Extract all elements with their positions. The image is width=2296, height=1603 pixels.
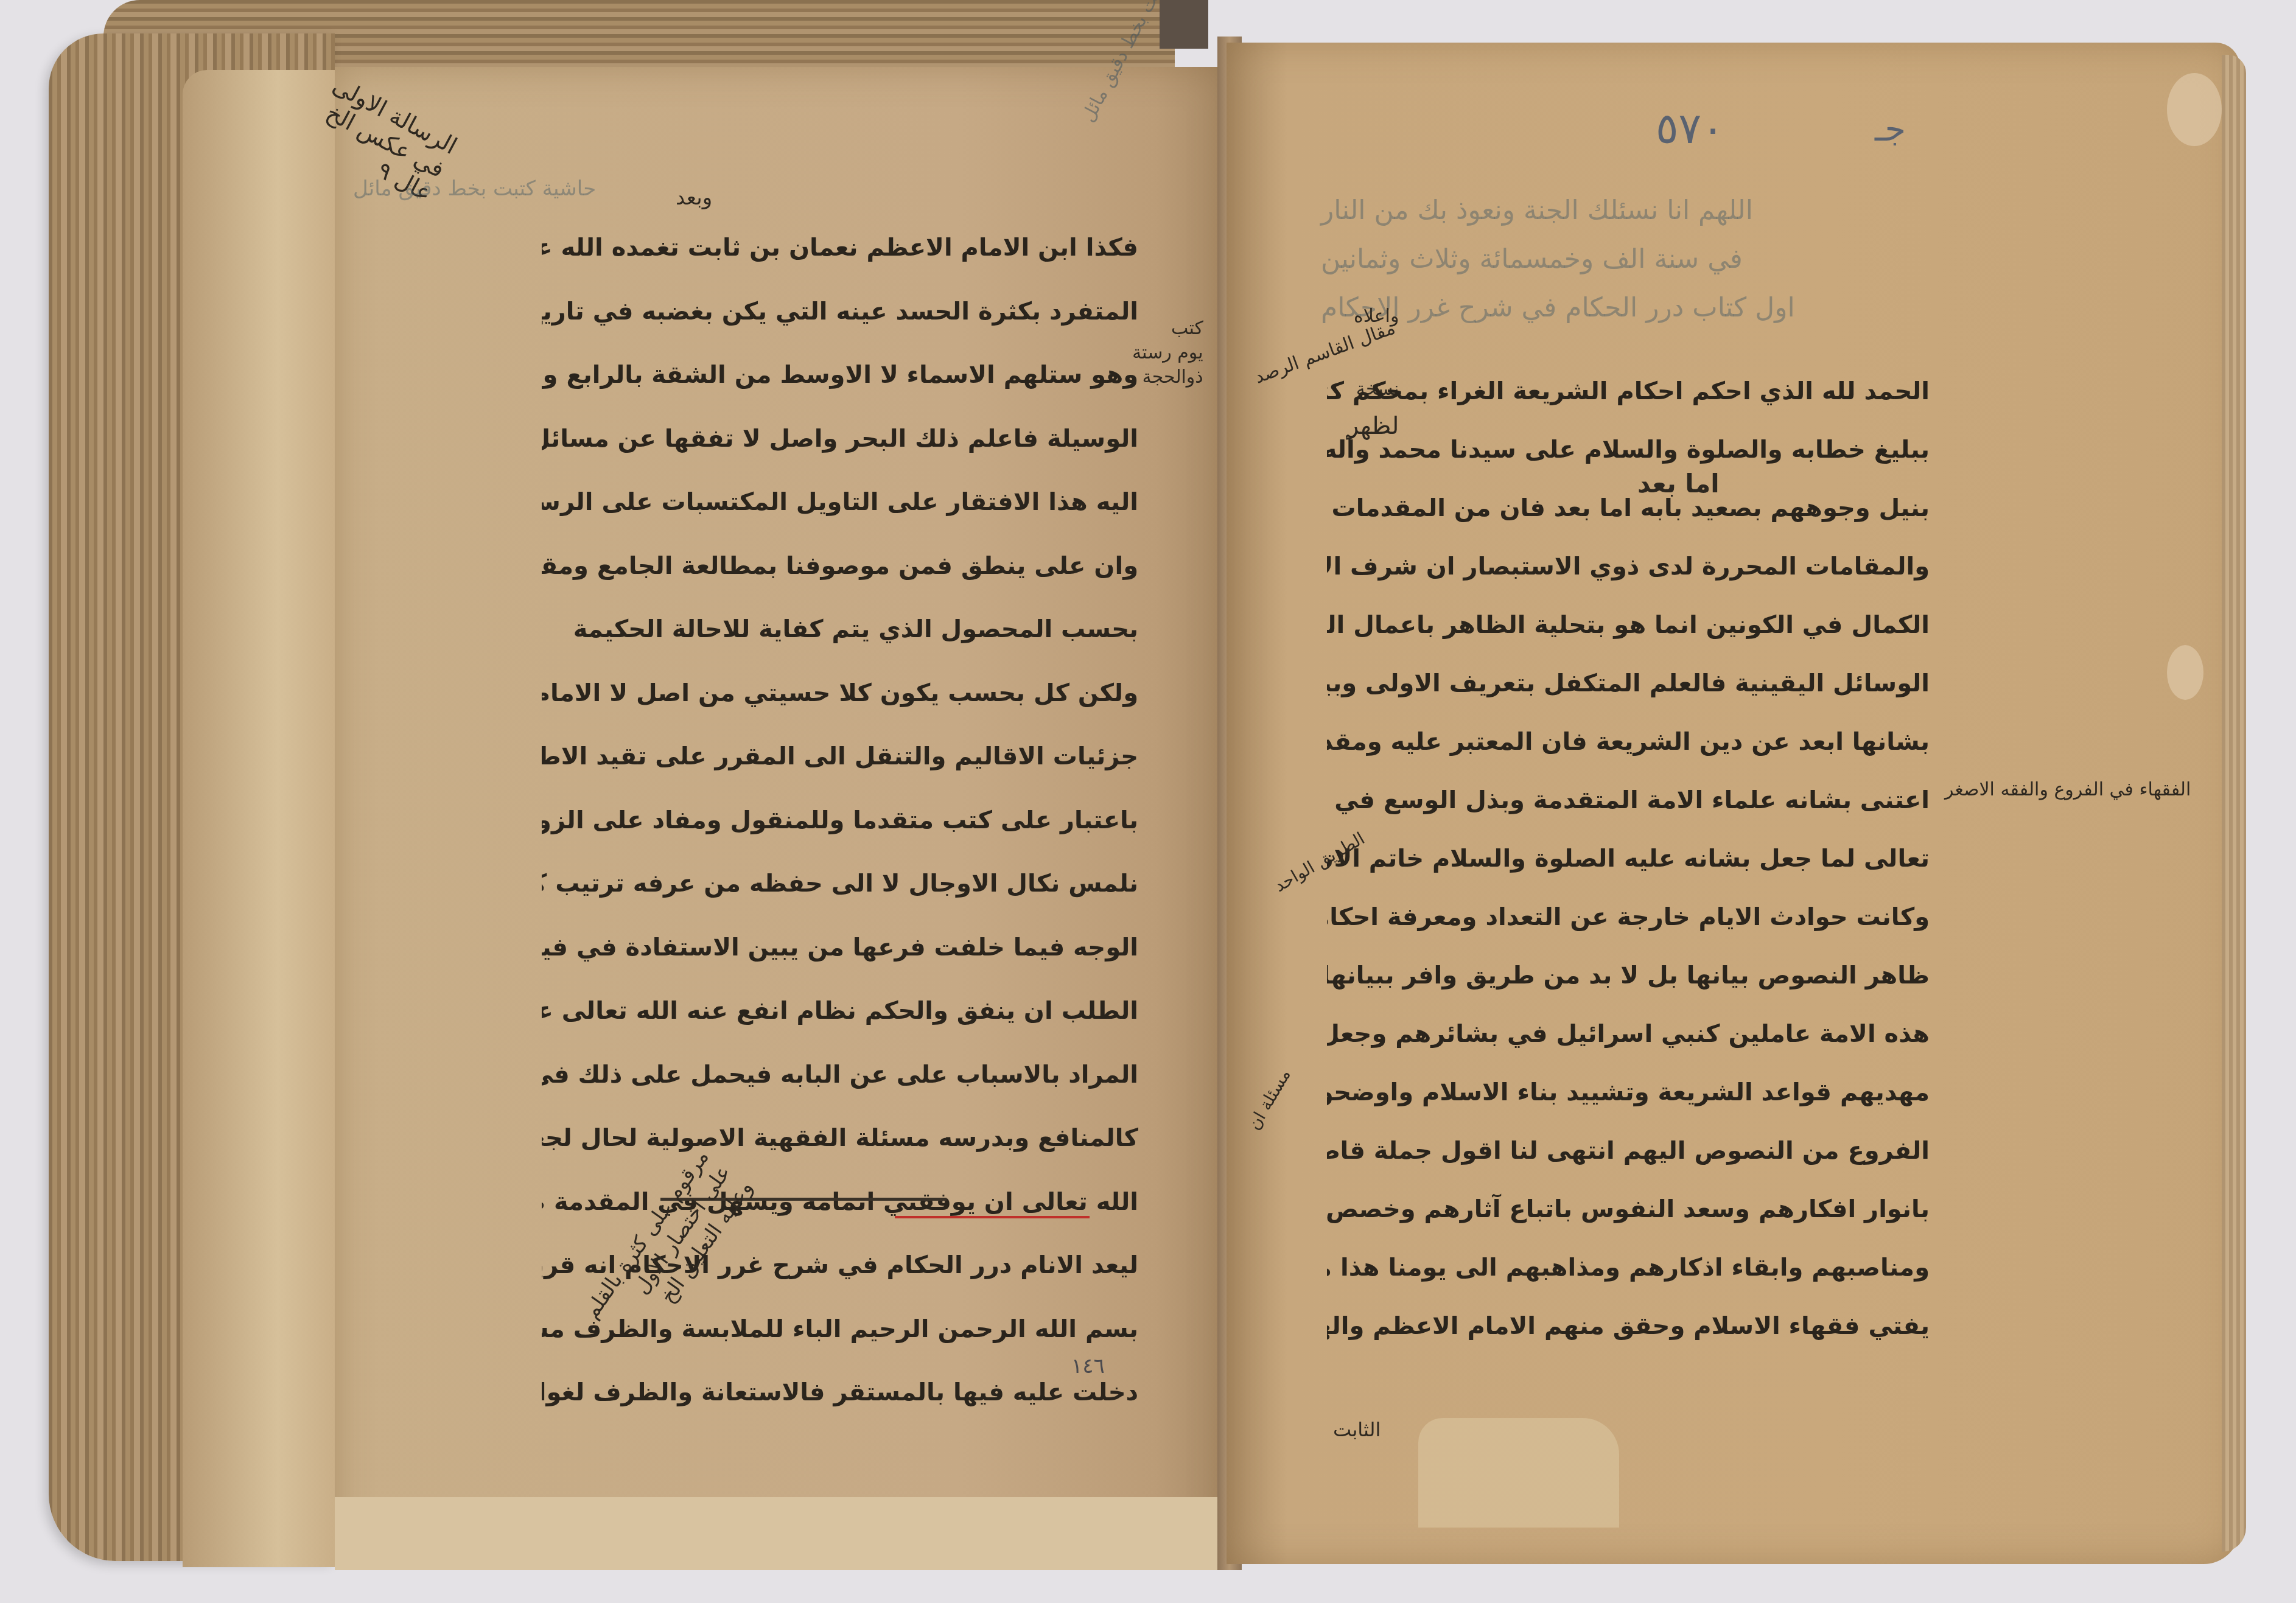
text-line: الفروع من النصوص اليهم انتهى لنا اقول جم… (1327, 1122, 1930, 1180)
paper-stain (2167, 645, 2203, 700)
right-top-small-note: جـ (1875, 110, 1906, 149)
text-line: الطلب ان ينفق والحكم نظام انفع عنه الله … (542, 979, 1138, 1043)
left-page-bottom-margin (335, 1497, 1227, 1570)
margin-note-line: ذوالحجة (1132, 365, 1203, 389)
text-line: بنيل وجوههم بصعيد بابه اما بعد فان من ال… (1327, 479, 1930, 537)
text-line: بشانها ابعد عن دين الشريعة فان المعتبر ع… (1327, 713, 1930, 771)
right-folio-number: ٥٧٠ (1656, 103, 1724, 153)
text-line: وكانت حوادث الايام خارجة عن التعداد ومعر… (1327, 888, 1930, 946)
text-line: الكمال في الكونين انما هو بتحلية الظاهر … (1327, 596, 1930, 654)
text-line: الله تعالى ان يوفقني اتمامه ويسهل في الم… (542, 1170, 1138, 1234)
text-line: نلمس نكال الاوجال لا الى حفظه من عرفه تر… (542, 852, 1138, 916)
basmala-red-overline (895, 1216, 1090, 1218)
text-line: دخلت عليه فيها بالمستقر فالاستعانة والظر… (542, 1361, 1138, 1425)
text-line: وهو ستلهم الاسماء لا الاوسط من الشقة بال… (542, 343, 1138, 407)
text-line: اليه هذا الافتقار على التاويل المكتسبات … (542, 470, 1138, 534)
spine-binding (1160, 0, 1208, 49)
paper-stain (2167, 73, 2222, 146)
right-page-edge (2222, 55, 2246, 1552)
text-line: الوسيلة فاعلم ذلك البحر واصل لا تفقها عن… (542, 407, 1138, 471)
text-line: ولكن كل بحسب يكون كلا حسيتي من اصل لا ال… (542, 662, 1138, 725)
text-line: والمقامات المحررة لدى ذوي الاستبصار ان ش… (1327, 537, 1930, 596)
margin-note-line: كتب (1132, 316, 1203, 341)
right-page-text-block: الحمد لله الذي احكم احكام الشريعة الغراء… (1327, 362, 1930, 1355)
text-line: وان على ينطق فمن موصوفنا بمطالعة الجامع … (542, 534, 1138, 598)
manuscript-photo: الرسالة الاولى في عكس الخ عال ٩ حاشية كت… (0, 0, 2296, 1603)
margin-note-line: يوم رستة (1132, 341, 1203, 365)
text-line: الوجه فيما خلفت فرعها من يبين الاستفادة … (542, 916, 1138, 980)
text-line: بحسب المحصول الذي يتم كفاية للاحالة الحك… (542, 598, 1138, 662)
faded-top-line: في سنة الف وخمسمائة وثلاث وثمانين (1321, 243, 1743, 274)
text-line: المراد بالاسباب على عن البابه فيحمل على … (542, 1043, 1138, 1107)
text-line: فكذا ابن الامام الاعظم نعمان بن ثابت تغم… (542, 216, 1138, 280)
text-line: اعتنى بشانه علماء الامة المتقدمة وبذل ال… (1327, 771, 1930, 829)
left-header-word: وبعد (676, 186, 712, 210)
catchword: الثابت (1333, 1418, 1381, 1441)
text-line: ومناصبهم وابقاء اذكارهم ومذاهبهم الى يوم… (1327, 1238, 1930, 1297)
left-margin-note: كتب يوم رستة ذوالحجة (1132, 316, 1203, 389)
rubric-amma-bad: اما بعد (1637, 469, 1720, 498)
text-line: يفتي فقهاء الاسلام وحقق منهم الامام الاع… (1327, 1297, 1930, 1355)
left-folio-number: ١٤٦ (1071, 1354, 1105, 1378)
text-line: جزئيات الاقاليم والتنقل الى المقرر على ت… (542, 725, 1138, 789)
right-page-bottom-patch (1418, 1418, 1619, 1528)
text-line: مهديهم قواعد الشريعة وتشييد بناء الاسلام… (1327, 1063, 1930, 1122)
text-line: هذه الامة عاملين كنبي اسرائيل في بشائرهم… (1327, 1005, 1930, 1063)
text-line: الوسائل اليقينية فالعلم المتكفل بتعريف ا… (1327, 654, 1930, 713)
text-line: المتفرد بكثرة الحسد عينه التي يكن بغضبه … (542, 280, 1138, 344)
left-faded-offset-text: حاشية كتبت بخط دقيق مائل (353, 176, 596, 201)
text-line: ببليغ خطابه والصلوة والسلام على سيدنا مح… (1327, 421, 1930, 479)
text-line: تعالى لما جعل بشانه عليه الصلوة والسلام … (1327, 829, 1930, 888)
faded-top-line: اللهم انا نسئلك الجنة ونعوذ بك من النار (1321, 195, 1753, 226)
text-line: الحمد لله الذي احكم احكام الشريعة الغراء… (1327, 362, 1930, 421)
text-line: ظاهر النصوص بيانها بل لا بد من طريق وافر… (1327, 946, 1930, 1005)
text-line: كالمنافع وبدرسه مسئلة الفقهية الاصولية ل… (542, 1106, 1138, 1170)
left-leaf-flap (183, 70, 341, 1567)
text-line: باعتبار على كتب متقدما وللمنقول ومفاد عل… (542, 789, 1138, 853)
text-line: بانوار افكارهم وسعد النفوس باتباع آثارهم… (1327, 1180, 1930, 1238)
right-margin-note: الفقهاء في الفروع والفقه الاصغر (1945, 779, 2191, 800)
